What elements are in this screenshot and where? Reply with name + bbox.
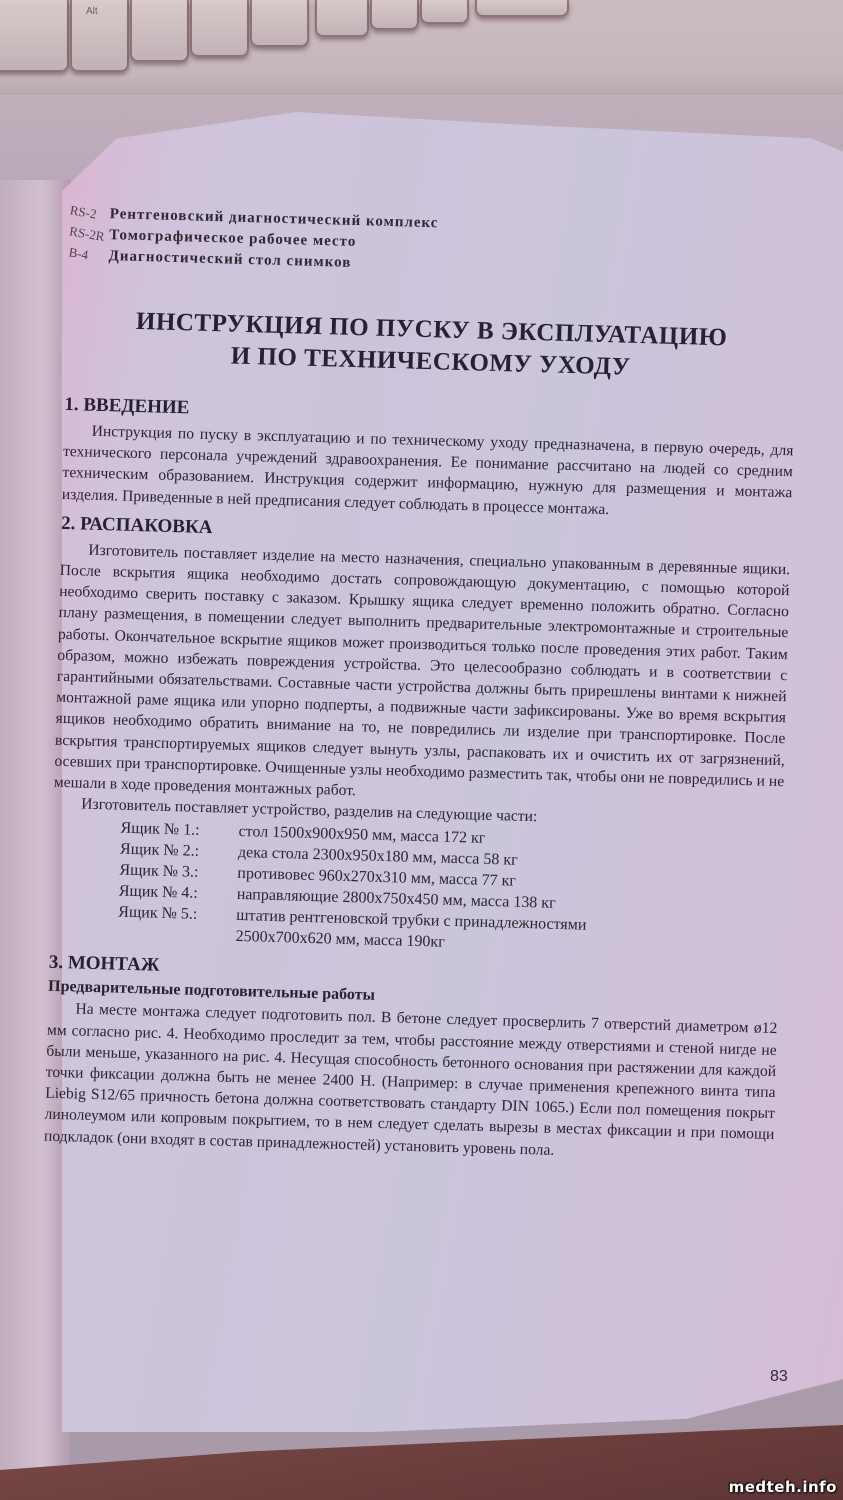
document-title: ИНСТРУКЦИЯ ПО ПУСКУ В ЭКСПЛУАТАЦИЮ И ПО … (65, 304, 797, 388)
keyboard-key (420, 0, 469, 24)
keyboard-key (315, 0, 369, 37)
product-code: RS-2 (69, 202, 111, 224)
keyboard-key (190, 0, 249, 57)
keyboard-key-alt: Alt (70, 0, 129, 72)
mounting-paragraph: На месте монтажа следует подготовить пол… (44, 998, 778, 1167)
product-code: B-4 (68, 244, 110, 266)
watermark: medteh.info (729, 1478, 837, 1496)
key-label: Alt (86, 6, 98, 17)
keyboard-key (130, 0, 189, 62)
unpacking-paragraph: Изготовитель поставляет изделие на место… (54, 539, 791, 814)
product-code: RS-2R (68, 223, 110, 245)
keyboard-key (0, 0, 69, 72)
page-content: RS-2 Рентгеновский диагностический компл… (44, 205, 800, 1167)
page-number: 83 (770, 1368, 788, 1386)
intro-paragraph: Инструкция по пуску в эксплуатацию и по … (62, 420, 794, 525)
keyboard-key (475, 0, 569, 17)
box-list: Ящик № 1.: стол 1500x900x950 мм, масса 1… (117, 818, 782, 962)
keyboard-key (370, 0, 419, 30)
keyboard-background: Alt (0, 0, 843, 95)
keyboard-key (250, 0, 309, 47)
table-surface (0, 1425, 843, 1500)
box-label (117, 923, 236, 947)
